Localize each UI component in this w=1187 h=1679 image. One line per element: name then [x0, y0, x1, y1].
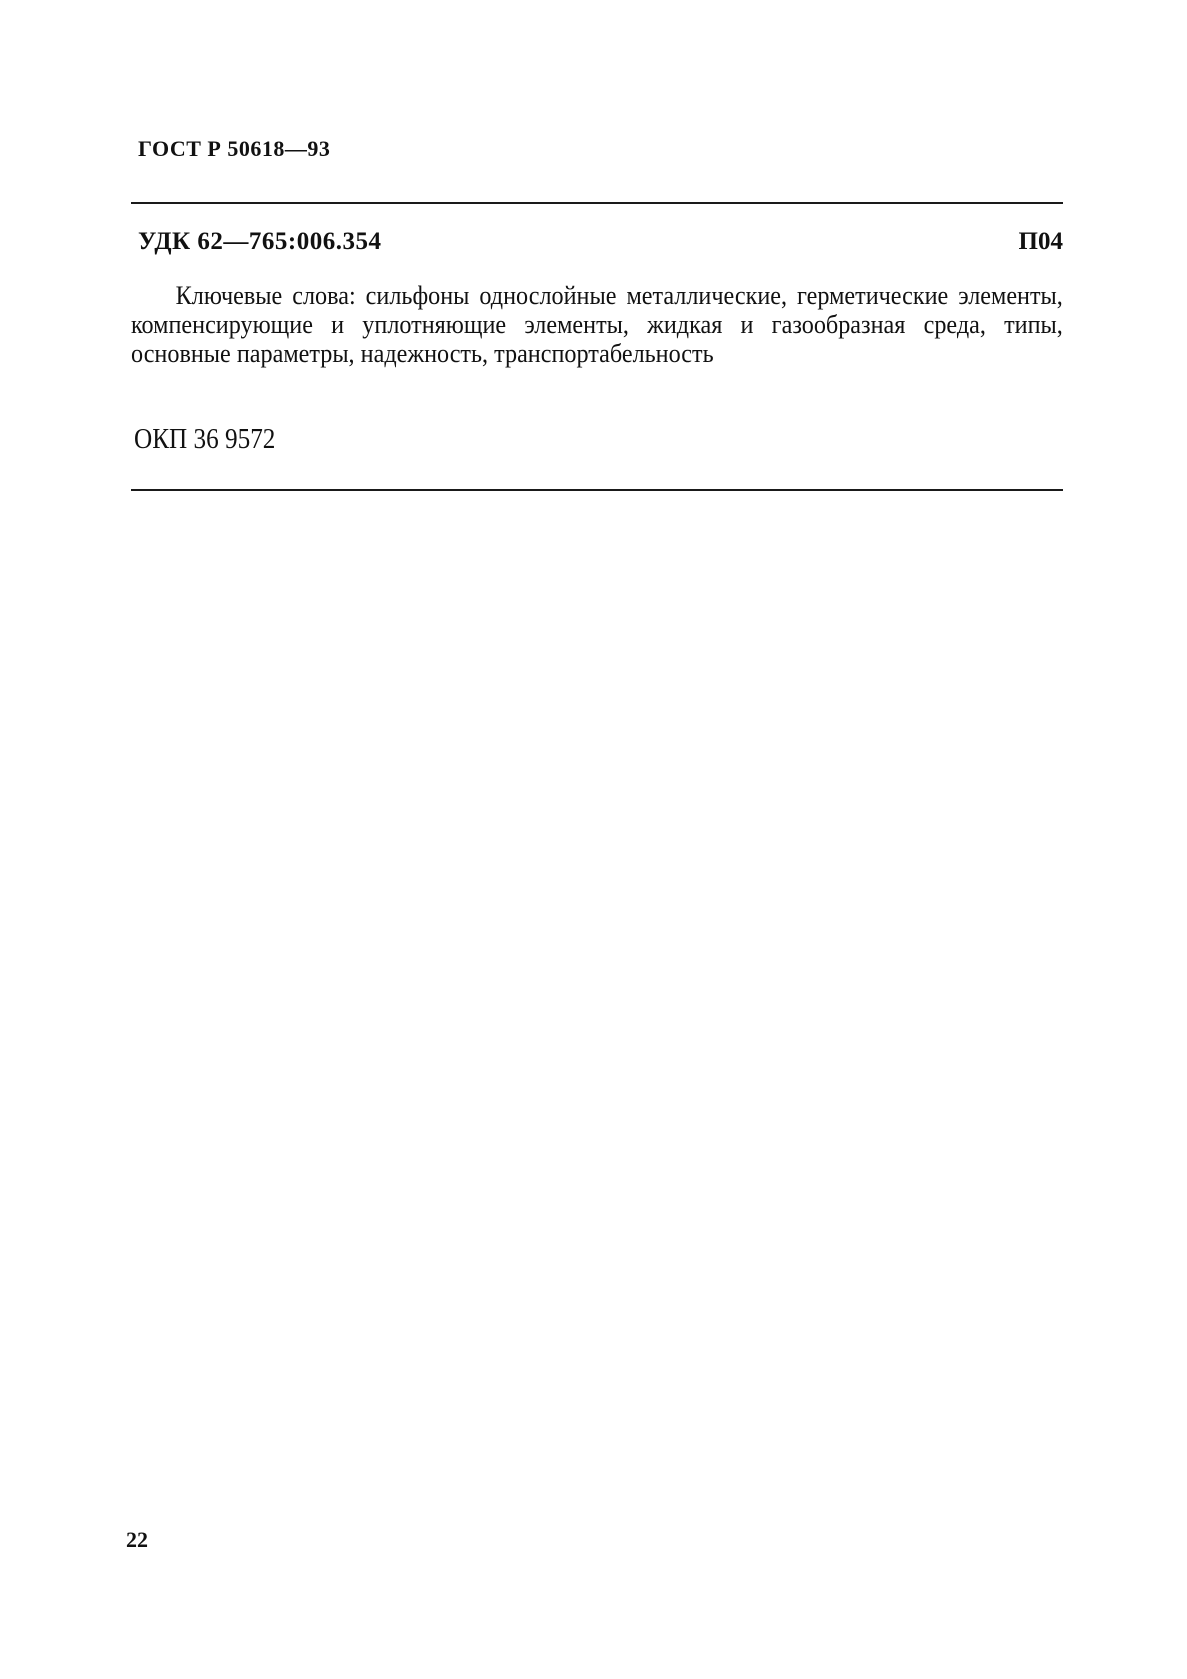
keywords-paragraph: Ключевые слова: сильфоны однослойные мет… [131, 281, 1063, 368]
udk-classification: УДК 62—765:006.354 [138, 228, 381, 256]
page-number: 22 [126, 1527, 148, 1553]
keywords-text: Ключевые слова: сильфоны однослойные мет… [131, 281, 1063, 368]
okp-code: ОКП 36 9572 [134, 424, 275, 456]
document-standard-code: ГОСТ Р 50618—93 [138, 136, 330, 162]
group-code: П04 [1019, 228, 1063, 256]
bottom-divider [131, 489, 1063, 491]
top-divider [131, 202, 1063, 204]
